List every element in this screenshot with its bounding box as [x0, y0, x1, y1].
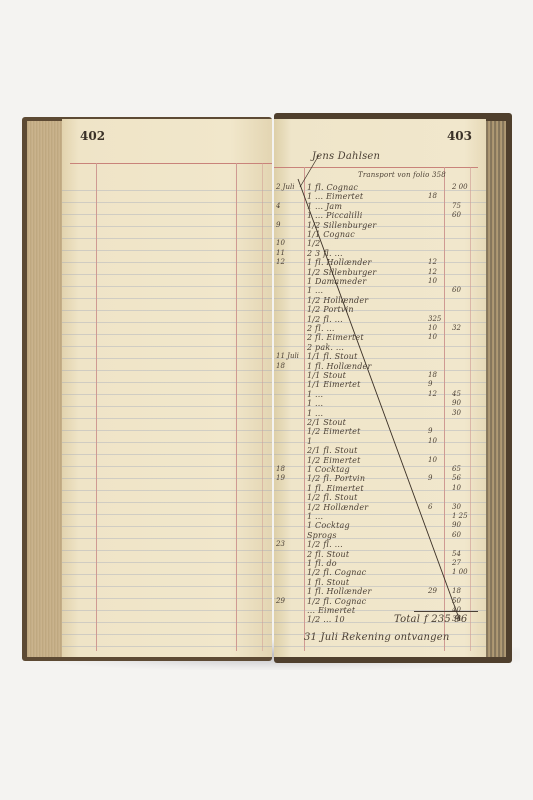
entry-date: 4 [276, 202, 280, 210]
entry-item: 1 Cocktag [307, 465, 350, 474]
ledger-book: 402 403 Jens Dahlsen Transport von folio… [22, 113, 512, 663]
entry-item: 1/1 Eimertet [307, 380, 361, 389]
entry-amount: 1 25 [452, 512, 468, 520]
entry-amount: 65 [452, 465, 461, 473]
page-number: 402 [80, 129, 105, 143]
entry-qty: 10 [428, 456, 437, 464]
carried-over-line: Transport von folio 358 [358, 171, 446, 179]
page-edges-right [484, 121, 506, 657]
entry-item: 1 [307, 437, 312, 446]
entry-item: 1/1 Stout [307, 371, 346, 380]
entry-date: 11 [276, 249, 285, 257]
left-page: 402 [62, 119, 272, 657]
entry-qty: 9 [428, 427, 432, 435]
header-rule [70, 163, 272, 164]
entry-qty: 10 [428, 437, 437, 445]
amount-column-rule [444, 167, 445, 651]
entry-qty: 18 [428, 371, 437, 379]
entry-item: 1/2 Sillenburger [307, 268, 376, 277]
entry-item: 1/2 fl. Cognac [307, 568, 366, 577]
right-page: 403 Jens Dahlsen Transport von folio 358… [274, 119, 486, 657]
footer-note: 31 Juli Rekening ontvangen [304, 632, 450, 643]
entry-item: 1 ... [307, 286, 323, 295]
entry-qty: 10 [428, 333, 437, 341]
entry-item: 1 fl. Hollænder [307, 258, 372, 267]
entry-qty: 29 [428, 587, 437, 595]
date-column-rule [304, 167, 305, 651]
entry-item: 2/1 fl. Stout [307, 446, 358, 455]
entry-item: 2 pak. ... [307, 343, 344, 352]
entry-item: 1/2 fl. Portvin [307, 474, 365, 483]
entry-item: 1/2 fl. Cognac [307, 597, 366, 606]
total-label: Total [394, 614, 420, 625]
entry-item: 1/2 fl. ... [307, 315, 343, 324]
entry-amount: 75 [452, 202, 461, 210]
entry-item: 1/2 fl. Stout [307, 493, 358, 502]
entry-item: 1/2 Hollænder [307, 503, 368, 512]
entry-qty: 12 [428, 390, 437, 398]
ruled-lines [62, 179, 272, 649]
entry-qty: 10 [428, 277, 437, 285]
entry-date: 11 Juli [276, 352, 299, 360]
entry-item: 1/1 Cognac [307, 230, 355, 239]
entry-item: 1 fl. Hollænder [307, 362, 372, 371]
entry-date: 2 Juli [276, 183, 294, 191]
page-edges-left [27, 121, 63, 657]
entry-qty: 9 [428, 380, 432, 388]
entry-item: 1/2 [307, 239, 320, 248]
entry-amount: 54 [452, 550, 461, 558]
entry-amount: 27 [452, 559, 461, 567]
entry-amount: 30 [452, 503, 461, 511]
entry-item: 1 fl. do [307, 559, 337, 568]
amount-column-rule [236, 163, 237, 651]
entry-date: 23 [276, 540, 285, 548]
entry-amount: 30 [452, 409, 461, 417]
entry-item: 2 fl. Eimertet [307, 333, 364, 342]
entry-item: 1 Cocktag [307, 521, 350, 530]
entry-item: 2 fl. ... [307, 324, 335, 333]
page-number: 403 [447, 129, 472, 143]
cents-column-rule [470, 167, 471, 651]
entry-item: 2 fl. Stout [307, 550, 349, 559]
entry-date: 10 [276, 239, 285, 247]
entry-amount: 32 [452, 324, 461, 332]
total-underline [414, 611, 478, 612]
entry-date: 29 [276, 597, 285, 605]
entry-amount: 56 [452, 474, 461, 482]
entry-amount: 1 00 [452, 568, 468, 576]
entry-qty: 10 [428, 324, 437, 332]
entry-amount: 2 00 [452, 183, 468, 191]
entry-qty: 6 [428, 503, 432, 511]
entry-item: 1/2 fl. ... [307, 540, 343, 549]
entry-item: 1/2 Portvin [307, 305, 354, 314]
entry-amount: 45 [452, 390, 461, 398]
date-column-rule [96, 163, 97, 651]
entry-amount: 50 [452, 597, 461, 605]
entry-item: 1 ... Jam [307, 202, 342, 211]
entry-item: 1 fl. Stout [307, 578, 349, 587]
entry-item: 2 3 fl. ... [307, 249, 343, 258]
entry-item: 1 ... [307, 390, 323, 399]
entry-item: 1/2 Hollænder [307, 296, 368, 305]
entry-date: 9 [276, 221, 280, 229]
entry-item: 2/1 Stout [307, 418, 346, 427]
entry-item: 1 Damameder [307, 277, 366, 286]
entry-item: 1 ... [307, 399, 323, 408]
entry-date: 18 [276, 465, 285, 473]
entry-amount: 90 [452, 399, 461, 407]
entry-item: 1 ... Eimertet [307, 192, 363, 201]
entry-amount: 60 [452, 211, 461, 219]
entry-qty: 12 [428, 258, 437, 266]
entry-item: 1 fl. Hollænder [307, 587, 372, 596]
entry-item: Sprogs [307, 531, 337, 540]
entry-item: 1/2 ... 10 [307, 615, 345, 624]
entry-item: 1/2 Eimertet [307, 456, 361, 465]
entry-amount: 90 [452, 521, 461, 529]
entry-qty: 12 [428, 268, 437, 276]
entry-item: 1 ... [307, 409, 323, 418]
entry-qty: 18 [428, 192, 437, 200]
entry-qty: 325 [428, 315, 441, 323]
entry-item: 1/2 Sillenburger [307, 221, 376, 230]
entry-date: 19 [276, 474, 285, 482]
entry-item: 1/1 fl. Stout [307, 352, 358, 361]
entry-amount: 60 [452, 286, 461, 294]
entry-date: 18 [276, 362, 285, 370]
account-heading: Jens Dahlsen [312, 151, 380, 162]
entry-item: ... Eimertet [307, 606, 355, 615]
entry-amount: 40 [452, 606, 461, 614]
entry-item: 1 fl. Cognac [307, 183, 358, 192]
entry-amount: 60 [452, 531, 461, 539]
entry-item: 1/2 Eimertet [307, 427, 361, 436]
entry-amount: 10 [452, 484, 461, 492]
entry-date: 12 [276, 258, 285, 266]
cents-column-rule [262, 163, 263, 651]
entry-amount: 18 [452, 587, 461, 595]
entry-item: 1 ... Piccalilli [307, 211, 362, 220]
entry-qty: 9 [428, 474, 432, 482]
entry-item: 1 fl. Eimertet [307, 484, 364, 493]
entry-item: 1 ... [307, 512, 323, 521]
total-value: f 235 96 [424, 614, 467, 625]
